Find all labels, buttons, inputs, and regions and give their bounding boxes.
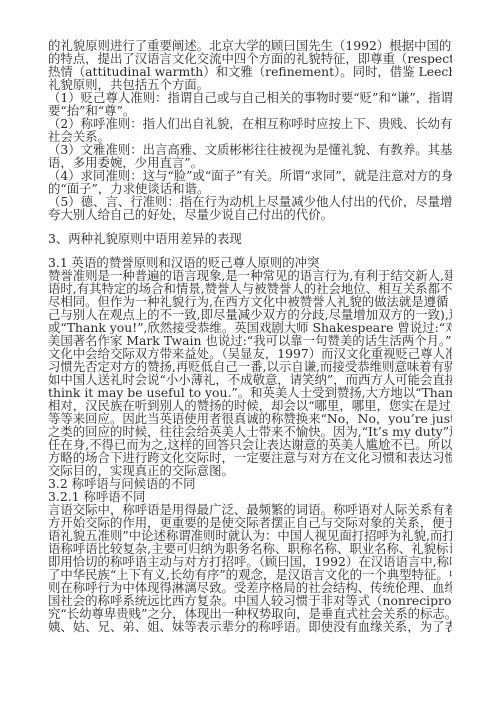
section-3-1-heading: 3.1 英语的赞誉原则和汉语的贬己尊人原则的冲突 bbox=[48, 256, 452, 269]
paragraph-line: 语称呼语比较复杂,主要可归纳为职务名称、职称名称、职业名称、礼貌标记词、人名和亲… bbox=[48, 542, 452, 555]
principle-5-line: 夸大别人给自己的好处，尽量少说自己付出的代价。 bbox=[48, 208, 452, 221]
paragraph-line: 任在身,不得已而为之,这样的回答只会让表达谢意的英美人尴尬不已。所以在类似于这种… bbox=[48, 438, 452, 451]
paragraph-line: 语时,有其特定的场合和情景,赞誉人与被赞誉人的社会地位、相互关系都不尽相同,赞誉… bbox=[48, 282, 452, 295]
paragraph-line: 交际目的，实现真正的交际意图。 bbox=[48, 464, 452, 477]
paragraph-line: 等等来回应。因此当英语使用者很真诚的称赞换来“No，No，you’re just… bbox=[48, 412, 452, 425]
paragraph-line: 的礼貌原则进行了重要阐述。北京大学的顾曰国先生（1992）根据中国的历史文化背景… bbox=[48, 39, 452, 52]
spacer bbox=[48, 221, 452, 232]
principle-1-line: 要“抬”和“尊”。 bbox=[48, 104, 452, 117]
principle-2-line: 社会关系。 bbox=[48, 130, 452, 143]
paragraph-line: 礼貌原则，共包括五个方面。 bbox=[48, 78, 452, 91]
paragraph-line: 则在称呼行为中体现得淋漓尽致。受差序格局的社会结构、传统伦理、血缘、宗教等社会因… bbox=[48, 581, 452, 594]
section-3-2-1-heading: 3.2.1 称呼语不同 bbox=[48, 490, 452, 503]
paragraph-line: 语礼貌五准则”中论述称谓准则时就认为：中国人视见面打招呼为礼貌,而打招呼就得有合… bbox=[48, 529, 452, 542]
principle-4-line: （4）求同准则：这与“脸”或“面子”有关。所谓“求同”，就是注意对方的身份和社会… bbox=[48, 169, 452, 182]
paragraph-line: 或“Thank you!”,欣然接受恭维。英国戏剧大师 Shakespeare … bbox=[48, 321, 452, 334]
principle-1-line: （1）贬己尊人准则：指谓自己或与自己相关的事物时要“贬”和“谦”，指谓听者或与听… bbox=[48, 91, 452, 104]
principle-3-line: 语，多用委婉，少用直言”。 bbox=[48, 156, 452, 169]
paragraph-line: 即用恰切的称呼语主动与对方打招呼。（顾曰国，1992）在汉语语言中,称呼语与礼貌… bbox=[48, 555, 452, 568]
paragraph-line: 己与别人在观点上的不一致,即尽量减少双方的分歧,尽量增加双方的一致),迎合对方的… bbox=[48, 308, 452, 321]
paragraph-line: 之类的回应的时候，往往会给英美人士带来不愉快。因为,“It’s my duty”… bbox=[48, 425, 452, 438]
paragraph-line: 方开始交际的作用，更重要的是使交际者摆正自己与交际对象的关系，便于展开交谈。顾曰… bbox=[48, 516, 452, 529]
paragraph-line: 国社会的称呼系统远比西方复杂。中国人较习惯于非对等式（nonreciprocal… bbox=[48, 594, 452, 607]
paragraph-line: think it may be useful to you.”。和英美人士受到赞… bbox=[48, 386, 452, 399]
spacer bbox=[48, 245, 452, 256]
paragraph-line: 相对，汉民族在听到别人的赞扬的时候，却会以“哪里，哪里，您实在是过奖了”，或者“… bbox=[48, 399, 452, 412]
paragraph-line: 了中华民族“上下有义,长幼有序”的观念，是汉语言文化的一个典型特征。中国人“贬己… bbox=[48, 568, 452, 581]
address-terms-block: 言语交际中，称呼语是用得最广泛、最频繁的词语。称呼语对人际关系有着敏锐的反应，它… bbox=[48, 503, 452, 633]
praise-principle-block: 赞誉准则是一种普遍的语言现象,是一种常见的语言行为,有利于结交新人,建立人际关系… bbox=[48, 269, 452, 477]
paragraph-line: 美国著名作家 Mark Twain 也说过:“我可以靠一句赞美的话生活两个月。”… bbox=[48, 334, 452, 347]
paragraph-line: 方略的场合下进行跨文化交际时，一定要注意与对方在文化习惯和表达习惯上趋于一致，以… bbox=[48, 451, 452, 464]
principle-4-line: 的“面子”，力求使谈话和谐。 bbox=[48, 182, 452, 195]
principle-5-line: （5）德、言、行准则：指在行为动机上尽量减少他人付出的代价，尽量增大他人的益处；… bbox=[48, 195, 452, 208]
section-3-2-heading: 3.2 称呼语与问候语的不同 bbox=[48, 477, 452, 490]
paragraph-line: 言语交际中，称呼语是用得最广泛、最频繁的词语。称呼语对人际关系有着敏锐的反应，它… bbox=[48, 503, 452, 516]
paragraph-line: 如中国人送礼时会说“小小薄礼，不成敬意，请笑纳”，而西方人可能会直接说“I ho… bbox=[48, 373, 452, 386]
paragraph-line: 尽相同。但作为一种礼貌行为,在西方文化中被赞誉人礼貌的做法就是遵循 Leech … bbox=[48, 295, 452, 308]
paragraph-line: 究“长幼尊卑贵贱”之分，体现出一种权势取向，是垂直式社会关系的标志。在家庭成员中… bbox=[48, 607, 452, 620]
paragraph-line: 文化中会给交际双方带来益处。（吴显友，1997）而汉文化重视贬己尊人准则。在受到… bbox=[48, 347, 452, 360]
document-page: 的礼貌原则进行了重要阐述。北京大学的顾曰国先生（1992）根据中国的历史文化背景… bbox=[48, 39, 452, 633]
section-3-heading: 3、两种礼貌原则中语用差异的表现 bbox=[48, 232, 452, 245]
paragraph-line: 的特点，提出了汉语言文化交流中四个方面的礼貌特征，即尊重（respectfuln… bbox=[48, 52, 452, 65]
paragraph-line: 赞誉准则是一种普遍的语言现象,是一种常见的语言行为,有利于结交新人,建立人际关系… bbox=[48, 269, 452, 282]
paragraph-line: 姨、姑、兄、弟、姐、妹等表示辈分的称呼语。即使没有血缘关系，为了表达一种尊敬，也… bbox=[48, 620, 452, 633]
principle-3-line: （3）文雅准则：出言高雅、文质彬彬往往被视为是懂礼貌、有教养。其基本内容是“选用… bbox=[48, 143, 452, 156]
paragraph-line: 热情（attitudinal warmth）和文雅（refinement）。同时… bbox=[48, 65, 452, 78]
politeness-principles-block: 的礼貌原则进行了重要阐述。北京大学的顾曰国先生（1992）根据中国的历史文化背景… bbox=[48, 39, 452, 221]
paragraph-line: 习惯先否定对方的赞扬,再贬低自己一番,以示自谦,而接受恭维则意味着有骄傲自满的情… bbox=[48, 360, 452, 373]
principle-2-line: （2）称呼准则：指人们出自礼貌，在相互称呼时应按上下、贵贱、长幼有别的传统来体现… bbox=[48, 117, 452, 130]
